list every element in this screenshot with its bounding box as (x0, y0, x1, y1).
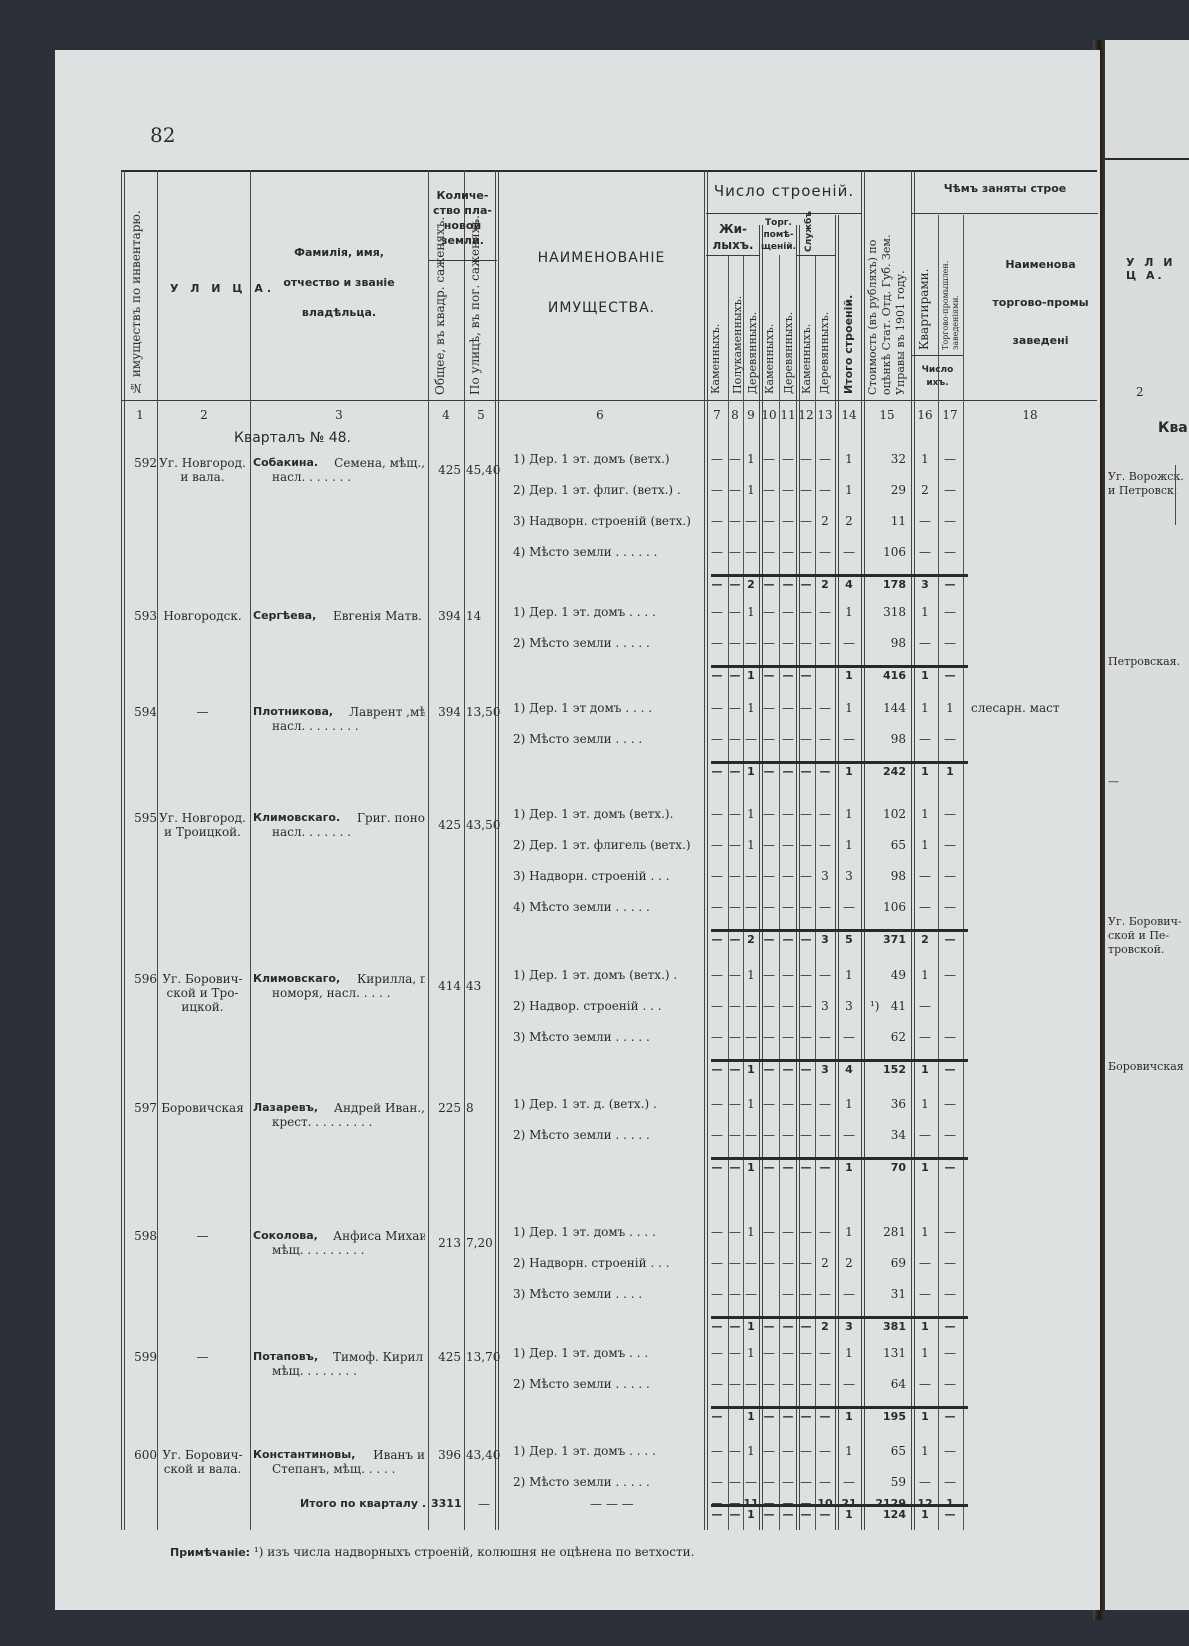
subtotal-cell: 1 (741, 1063, 761, 1076)
table-cell: — (940, 1225, 960, 1239)
table-cell: — (940, 807, 960, 821)
column-number: 2 (194, 408, 214, 422)
table-cell: — (707, 605, 727, 619)
table-cell: — (940, 1444, 960, 1458)
subtotal-cell: — (759, 1320, 779, 1333)
table-cell: — (741, 514, 761, 528)
street-name: Новгородск. (157, 609, 248, 623)
subtotal-cell: 381 (866, 1320, 906, 1333)
total-area: 425 (428, 1350, 461, 1364)
table-cell: — (796, 999, 816, 1013)
column-divider (938, 215, 939, 1530)
table-cell: — (839, 1377, 859, 1391)
header-residential: лыхъ. (706, 238, 760, 253)
table-cell: — (940, 900, 960, 914)
table-cell: — (778, 900, 798, 914)
owner-details: Анфиса Михаил., (333, 1229, 425, 1243)
table-cell: — (915, 732, 935, 746)
table-cell: — (915, 514, 935, 528)
table-cell: 3 (839, 869, 859, 883)
table-cell: 69 (866, 1256, 906, 1270)
header-subline (797, 255, 836, 256)
table-cell: — (940, 1287, 960, 1301)
table-cell: 1 (839, 605, 859, 619)
owner-surname: Плотникова, (253, 705, 333, 719)
table-cell: — (759, 452, 779, 466)
header-occupied-by: Чѣмъ заняты строе (912, 182, 1098, 195)
table-cell: — (759, 1256, 779, 1270)
subtotal-cell: — (796, 1320, 816, 1333)
header-owner: Фамилія, имя, (250, 245, 428, 260)
street-frontage: 43,40 (466, 1448, 500, 1462)
table-cell: 59 (866, 1475, 906, 1489)
column-number: 5 (471, 408, 491, 422)
table-cell: — (778, 1444, 798, 1458)
table-cell: 1 (940, 701, 960, 715)
subtotal-cell: 1 (741, 1161, 761, 1174)
table-cell: 2 (839, 1256, 859, 1270)
subtotal-cell: — (778, 765, 798, 778)
table-cell: 131 (866, 1346, 906, 1360)
quarter-total-frontage: — (478, 1497, 490, 1511)
table-cell: — (759, 1030, 779, 1044)
table-cell: 32 (866, 452, 906, 466)
total-area: 396 (428, 1448, 461, 1462)
footnote-text: ¹) изъ числа надворныхъ строеній, колюшн… (254, 1545, 695, 1559)
column-divider (495, 170, 499, 1530)
table-cell: — (759, 869, 779, 883)
subtotal-cell: 1 (741, 765, 761, 778)
footnote-marker: ¹) (870, 999, 880, 1013)
table-cell: — (815, 1346, 835, 1360)
table-cell: — (940, 838, 960, 852)
subtotal-line (711, 1059, 968, 1062)
subtotal-cell: — (707, 1161, 727, 1174)
header-total-buildings: Итого строеній. (842, 262, 855, 394)
table-cell: 2 (839, 514, 859, 528)
inventory-number: 593 (131, 609, 157, 623)
subtotal-cell: 2 (915, 933, 935, 946)
table-cell: — (741, 545, 761, 559)
subtotal-cell: 1 (915, 669, 935, 682)
owner-details: насл. . . . . . . (272, 825, 351, 839)
subtotal-cell: — (940, 669, 960, 682)
table-cell: — (778, 483, 798, 497)
table-cell: — (778, 701, 798, 715)
header-total-area: Общее, въ квадр. саженяхъ. (434, 265, 447, 395)
table-cell: — (741, 1377, 761, 1391)
footnote-label: Примѣчаніе: (170, 1546, 250, 1559)
column-divider (157, 170, 158, 1530)
table-cell: — (940, 732, 960, 746)
table-cell: — (915, 1128, 935, 1142)
page-number: 82 (150, 123, 175, 147)
header-establishment-name: торгово-промы (983, 296, 1098, 309)
street-name: ской и вала. (157, 1462, 248, 1476)
table-cell: — (707, 483, 727, 497)
header-col10: Каменныхъ. (763, 262, 776, 394)
table-cell: — (796, 869, 816, 883)
owner-details: насл. . . . . . . . (272, 719, 359, 733)
table-cell: 29 (866, 483, 906, 497)
inventory-number: 597 (131, 1101, 157, 1115)
subtotal-cell: — (759, 765, 779, 778)
table-cell: — (707, 968, 727, 982)
property-item-name: 1) Дер. 1 эт. домъ . . . . (513, 1444, 702, 1458)
owner-details: насл. . . . . . . (272, 470, 351, 484)
table-cell: 1 (915, 1346, 935, 1360)
table-cell: — (815, 1377, 835, 1391)
table-cell: — (796, 807, 816, 821)
table-cell: — (839, 900, 859, 914)
subtotal-cell: 1 (915, 1410, 935, 1423)
table-cell: 2 (915, 483, 935, 497)
table-cell: — (940, 1475, 960, 1489)
subtotal-cell: — (778, 1410, 798, 1423)
table-cell: 1 (839, 452, 859, 466)
table-cell: — (796, 838, 816, 852)
next-page-quarter-title: Ква (1158, 420, 1188, 436)
table-cell: — (940, 1256, 960, 1270)
table-cell: 1 (915, 1225, 935, 1239)
property-item-name: 2) Мѣсто земли . . . . . (513, 1377, 702, 1391)
table-cell: 1 (915, 701, 935, 715)
header-owner: отчество и званіе (250, 275, 428, 290)
subtotal-cell: — (707, 1320, 727, 1333)
table-cell: — (815, 605, 835, 619)
table-cell: — (915, 1287, 935, 1301)
table-cell: 1 (741, 605, 761, 619)
table-cell: — (839, 1128, 859, 1142)
next-page-street: Уг. Ворожск. (1108, 470, 1184, 484)
subtotal-line (711, 1406, 968, 1409)
footnote: Примѣчаніе: ¹) изъ числа надворныхъ стро… (170, 1545, 694, 1559)
property-item-name: 1) Дер. 1 эт. домъ . . . . (513, 605, 702, 619)
table-cell: — (759, 1444, 779, 1458)
next-page-street: — (1108, 775, 1119, 789)
table-cell: 1 (741, 452, 761, 466)
table-cell: — (815, 968, 835, 982)
street-name: Уг. Борович- (157, 1448, 248, 1462)
table-cell: — (839, 636, 859, 650)
table-cell: — (707, 452, 727, 466)
table-cell: — (940, 869, 960, 883)
table-cell: — (815, 807, 835, 821)
street-name: — (157, 705, 248, 719)
table-cell: — (778, 1030, 798, 1044)
subtotal-cell: 242 (866, 765, 906, 778)
header-trade: помѣ- (760, 229, 797, 241)
table-cell: — (707, 636, 727, 650)
table-cell: — (940, 545, 960, 559)
owner-details: Иванъ и (373, 1448, 425, 1462)
table-cell: 34 (866, 1128, 906, 1142)
street-frontage: 43,50 (466, 818, 500, 832)
next-page-street: Уг. Борович- (1108, 915, 1182, 929)
street-name: и вала. (157, 470, 248, 484)
table-cell: — (815, 1225, 835, 1239)
subtotal-cell: — (796, 933, 816, 946)
table-cell: — (707, 807, 727, 821)
table-cell: 3 (815, 869, 835, 883)
table-cell: — (815, 1287, 835, 1301)
subtotal-cell: — (778, 1161, 798, 1174)
subtotal-cell: — (940, 1063, 960, 1076)
subtotal-cell: 1 (741, 1320, 761, 1333)
column-number: 11 (778, 408, 798, 422)
table-cell: — (707, 545, 727, 559)
property-item-name: 1) Дер. 1 эт. домъ (ветх.) . (513, 968, 702, 982)
owner-details: Григ. поном., (357, 811, 425, 825)
property-item-name: 3) Надворн. строеній . . . (513, 869, 702, 883)
table-cell: — (796, 900, 816, 914)
column-number: 6 (590, 408, 610, 422)
subtotal-cell: 2 (741, 578, 761, 591)
subtotal-cell: — (796, 1410, 816, 1423)
table-cell: — (940, 636, 960, 650)
total-area: 425 (428, 818, 461, 832)
header-value-1901: Стоимость (въ рубляхъ) по оцѣнкѣ Стат. О… (866, 195, 908, 395)
header-establishment-name: Наименова (983, 258, 1098, 271)
table-cell: — (940, 1030, 960, 1044)
property-item-name: 2) Мѣсто земли . . . . . (513, 1475, 702, 1489)
table-cell: — (815, 636, 835, 650)
subtotal-cell: — (796, 1161, 816, 1174)
header-trade: щеній. (760, 241, 797, 253)
table-cell: — (815, 1444, 835, 1458)
owner-details: мѣщ. . . . . . . . . (272, 1243, 365, 1257)
property-item-name: 4) Мѣсто земли . . . . . (513, 900, 702, 914)
table-cell: — (759, 514, 779, 528)
table-cell: 1 (915, 1097, 935, 1111)
column-divider (815, 255, 816, 1530)
table-cell: 2 (815, 1256, 835, 1270)
street-name: — (157, 1350, 248, 1364)
table-cell: 31 (866, 1287, 906, 1301)
quarter-total-cell: — (759, 1497, 779, 1510)
property-item-name: 1) Дер. 1 эт. д. (ветх.) . (513, 1097, 702, 1111)
table-cell: — (796, 732, 816, 746)
subtotal-cell: — (940, 578, 960, 591)
table-cell: 64 (866, 1377, 906, 1391)
subtotal-cell: 3 (815, 1063, 835, 1076)
table-cell: — (778, 545, 798, 559)
table-cell: — (759, 900, 779, 914)
subtotal-line (711, 929, 968, 932)
table-cell: — (778, 999, 798, 1013)
street-frontage: 45,40 (466, 463, 500, 477)
table-cell: — (839, 1287, 859, 1301)
subtotal-cell: — (759, 933, 779, 946)
subtotal-cell: — (707, 933, 727, 946)
column-divider (743, 255, 744, 1530)
subtotal-line (711, 665, 968, 668)
table-cell: 1 (741, 807, 761, 821)
table-cell: — (796, 483, 816, 497)
inventory-number: 594 (131, 705, 157, 719)
table-cell: — (778, 1128, 798, 1142)
next-page-street: тровской. (1108, 943, 1164, 957)
owner-surname: Лазаревъ, (253, 1101, 318, 1115)
owner-surname: Климовскаго, (253, 972, 340, 986)
table-cell: 1 (915, 807, 935, 821)
table-cell: — (815, 838, 835, 852)
subtotal-cell: 3 (839, 1320, 859, 1333)
table-cell: — (707, 1444, 727, 1458)
table-cell: — (707, 701, 727, 715)
column-number: 13 (815, 408, 835, 422)
table-cell: 98 (866, 636, 906, 650)
table-cell: — (778, 1287, 798, 1301)
owner-details: Тимоф. Кирил , (333, 1350, 425, 1364)
table-cell: — (778, 1475, 798, 1489)
header-property-name: ИМУЩЕСТВА. (497, 300, 706, 316)
table-cell: — (778, 968, 798, 982)
subtotal-cell: 4 (839, 578, 859, 591)
table-cell: — (915, 1256, 935, 1270)
table-cell: — (759, 838, 779, 852)
subtotal-line (711, 761, 968, 764)
subtotal-cell: — (940, 1410, 960, 1423)
table-cell: 1 (741, 968, 761, 982)
subtotal-cell: — (778, 933, 798, 946)
table-cell: — (915, 1475, 935, 1489)
table-cell: — (759, 732, 779, 746)
property-item-name: 2) Дер. 1 эт. флигель (ветх.) (513, 838, 702, 852)
subtotal-cell: 152 (866, 1063, 906, 1076)
owner-surname: Потаповъ, (253, 1350, 318, 1364)
header-buildings-count: Число строеній. (706, 182, 862, 200)
property-item-name: 2) Мѣсто земли . . . . (513, 732, 702, 746)
quarter-total-cell: 21 (839, 1497, 859, 1510)
subtotal-cell: — (796, 578, 816, 591)
table-cell: — (940, 968, 960, 982)
subtotal-cell: 1 (940, 765, 960, 778)
table-cell: — (778, 1097, 798, 1111)
column-divider (728, 255, 729, 1530)
subtotal-cell: — (707, 1063, 727, 1076)
property-item-name: 1) Дер. 1 эт. домъ (ветх.). (513, 807, 702, 821)
header-subline (912, 213, 1098, 214)
table-top-border (122, 170, 1097, 172)
subtotal-cell: 1 (741, 669, 761, 682)
column-number: 18 (1020, 408, 1040, 422)
table-cell: — (839, 1030, 859, 1044)
table-cell: — (759, 1377, 779, 1391)
street-frontage: 14 (466, 609, 481, 623)
table-cell: — (915, 1030, 935, 1044)
header-col12: Каменныхъ. (800, 262, 813, 394)
table-cell: — (741, 732, 761, 746)
table-cell: — (778, 838, 798, 852)
property-item-name: 3) Мѣсто земли . . . . . (513, 1030, 702, 1044)
owner-details: Семена, мѣщ., (333, 456, 425, 470)
subtotal-cell: — (759, 669, 779, 682)
quarter-total-cell: — (707, 1497, 727, 1510)
table-left-border (121, 170, 125, 1530)
column-number: 10 (759, 408, 779, 422)
quarter-total-cell: 10 (815, 1497, 835, 1510)
table-cell: 1 (741, 483, 761, 497)
table-cell: — (741, 869, 761, 883)
table-cell: — (796, 1444, 816, 1458)
table-cell: — (707, 1377, 727, 1391)
header-col11: Деревянныхъ. (782, 262, 795, 394)
header-col13: Деревянныхъ. (818, 262, 831, 394)
table-cell: 62 (866, 1030, 906, 1044)
subtotal-cell: — (759, 1063, 779, 1076)
next-page-street-header: У Л И Ц А. (1126, 256, 1189, 282)
subtotal-cell: 1 (839, 669, 859, 682)
column-divider (779, 255, 780, 1530)
owner-details: Степанъ, мѣщ. . . . . (272, 1462, 395, 1476)
property-item-name: 3) Надворн. строеній (ветх.) (513, 514, 702, 528)
owner-surname: Климовскаго. (253, 811, 340, 825)
table-cell: 106 (866, 900, 906, 914)
table-cell: — (915, 999, 935, 1013)
owner-details: крест. . . . . . . . . (272, 1115, 373, 1129)
header-col9: Деревянныхъ. (746, 262, 759, 394)
subtotal-cell: — (815, 1161, 835, 1174)
owner-details: номоря, насл. . . . . (272, 986, 391, 1000)
table-cell: 11 (866, 514, 906, 528)
table-cell: — (759, 1225, 779, 1239)
table-cell: — (741, 900, 761, 914)
table-cell: — (940, 483, 960, 497)
property-item-name: 4) Мѣсто земли . . . . . . (513, 545, 702, 559)
table-cell: — (759, 807, 779, 821)
header-col8: Полукаменныхъ. (731, 262, 744, 394)
subtotal-cell: 416 (866, 669, 906, 682)
header-subline (912, 355, 963, 356)
subtotal-cell: — (796, 1063, 816, 1076)
column-divider (428, 170, 429, 1530)
table-cell: — (707, 1128, 727, 1142)
table-cell: — (778, 1346, 798, 1360)
owner-details: Андрей Иван., (333, 1101, 425, 1115)
street-name: и Троицкой. (157, 825, 248, 839)
table-cell: 318 (866, 605, 906, 619)
table-cell: 1 (839, 1346, 859, 1360)
street-name: ской и Тро- (157, 986, 248, 1000)
subtotal-cell: 5 (839, 933, 859, 946)
inventory-number: 598 (131, 1229, 157, 1243)
table-cell: — (815, 701, 835, 715)
column-number: 17 (940, 408, 960, 422)
owner-details: Евгенія Матв. . (333, 609, 425, 623)
table-cell: — (759, 545, 779, 559)
table-cell: — (778, 452, 798, 466)
owner-surname: Соколова, (253, 1229, 318, 1243)
table-cell: — (815, 1475, 835, 1489)
property-item-name: 1) Дер. 1 эт. домъ (ветх.) (513, 452, 702, 466)
table-cell: — (796, 968, 816, 982)
table-cell: 3 (815, 999, 835, 1013)
subtotal-cell: — (707, 1410, 727, 1423)
subtotal-cell: 178 (866, 578, 906, 591)
header-apartments: Квартирами. (918, 230, 931, 350)
quarter-total-area: 3311 (431, 1497, 462, 1511)
inventory-number: 595 (131, 811, 157, 825)
table-cell: — (778, 636, 798, 650)
total-area: 414 (428, 979, 461, 993)
table-cell: — (759, 636, 779, 650)
column-number: 4 (436, 408, 456, 422)
table-cell: 1 (741, 1225, 761, 1239)
quarter-total-cell: 1 (940, 1497, 960, 1510)
table-cell: — (796, 1128, 816, 1142)
column-number: 3 (329, 408, 349, 422)
